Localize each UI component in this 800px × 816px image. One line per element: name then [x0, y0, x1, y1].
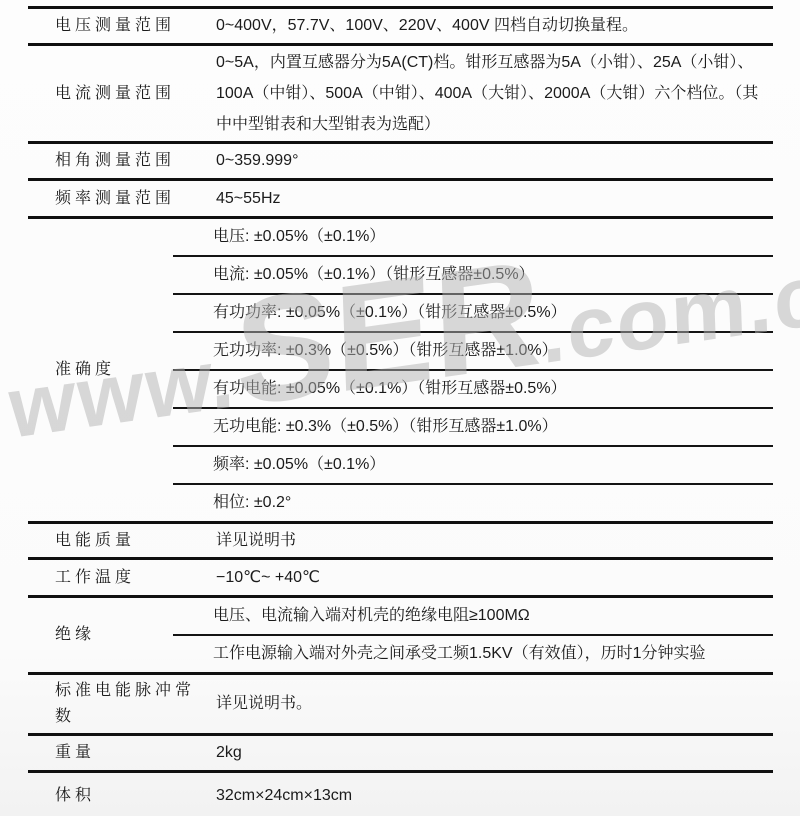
spec-sub-row: 无功电能: ±0.3%（±0.5%）（钳形互感器±1.0%）: [173, 409, 773, 447]
spec-row-current-range: 电流测量范围 0~5A，内置互感器分为5A(CT)档。钳形互感器为5A（小钳）、…: [28, 46, 773, 144]
spec-label: 电流测量范围: [28, 81, 213, 107]
spec-value: 详见说明书。: [213, 691, 773, 717]
spec-sub-row: 电流: ±0.05%（±0.1%）（钳形互感器±0.5%）: [173, 257, 773, 295]
spec-label: 电压测量范围: [28, 13, 213, 39]
spec-subtable: 电压: ±0.05%（±0.1%） 电流: ±0.05%（±0.1%）（钳形互感…: [173, 219, 773, 521]
spec-label: 绝缘: [28, 598, 173, 672]
spec-label: 工作温度: [28, 565, 213, 591]
spec-row-weight: 重量 2kg: [28, 736, 773, 773]
spec-value: 详见说明书: [213, 528, 773, 554]
spec-label: 重量: [28, 740, 213, 766]
spec-label: 相角测量范围: [28, 148, 213, 174]
spec-row-pulse-constant: 标准电能脉冲常数 详见说明书。: [28, 675, 773, 736]
spec-label: 频率测量范围: [28, 186, 213, 212]
spec-row-voltage-range: 电压测量范围 0~400V，57.7V、100V、220V、400V 四档自动切…: [28, 9, 773, 46]
spec-sub-row: 频率: ±0.05%（±0.1%）: [173, 447, 773, 485]
spec-label: 标准电能脉冲常数: [28, 678, 213, 730]
spec-value: −10℃~ +40℃: [213, 565, 773, 591]
spec-value: 0~5A，内置互感器分为5A(CT)档。钳形互感器为5A（小钳）、25A（小钳）…: [213, 46, 773, 141]
spec-row-phase-angle-range: 相角测量范围 0~359.999°: [28, 144, 773, 181]
spec-value: 2kg: [213, 740, 773, 766]
spec-row-insulation-group: 绝缘 电压、电流输入端对机壳的绝缘电阻≥100MΩ 工作电源输入端对外壳之间承受…: [28, 598, 773, 675]
spec-sub-row: 电压: ±0.05%（±0.1%）: [173, 219, 773, 257]
spec-subtable: 电压、电流输入端对机壳的绝缘电阻≥100MΩ 工作电源输入端对外壳之间承受工频1…: [173, 598, 773, 672]
spec-row-operating-temperature: 工作温度 −10℃~ +40℃: [28, 560, 773, 598]
spec-sub-row: 有功电能: ±0.05%（±0.1%）（钳形互感器±0.5%）: [173, 371, 773, 409]
spec-row-power-quality: 电能质量 详见说明书: [28, 524, 773, 560]
spec-value: 0~359.999°: [213, 148, 773, 174]
spec-sub-row: 工作电源输入端对外壳之间承受工频1.5KV（有效值），历时1分钟实验: [173, 636, 773, 672]
spec-label: 电能质量: [28, 528, 213, 554]
spec-sub-row: 电压、电流输入端对机壳的绝缘电阻≥100MΩ: [173, 598, 773, 636]
spec-row-frequency-range: 频率测量范围 45~55Hz: [28, 181, 773, 219]
spec-row-accuracy-group: 准确度 电压: ±0.05%（±0.1%） 电流: ±0.05%（±0.1%）（…: [28, 219, 773, 524]
spec-label: 体积: [28, 783, 213, 809]
spec-label: 准确度: [28, 219, 173, 521]
spec-row-volume: 体积 32cm×24cm×13cm: [28, 773, 773, 816]
spec-sub-row: 相位: ±0.2°: [173, 485, 773, 521]
spec-value: 0~400V，57.7V、100V、220V、400V 四档自动切换量程。: [213, 13, 773, 39]
spec-value: 32cm×24cm×13cm: [213, 783, 773, 809]
spec-value: 45~55Hz: [213, 186, 773, 212]
spec-sub-row: 有功功率: ±0.05%（±0.1%）（钳形互感器±0.5%）: [173, 295, 773, 333]
spec-table: 电压测量范围 0~400V，57.7V、100V、220V、400V 四档自动切…: [28, 6, 773, 816]
spec-sub-row: 无功功率: ±0.3%（±0.5%）（钳形互感器±1.0%）: [173, 333, 773, 371]
